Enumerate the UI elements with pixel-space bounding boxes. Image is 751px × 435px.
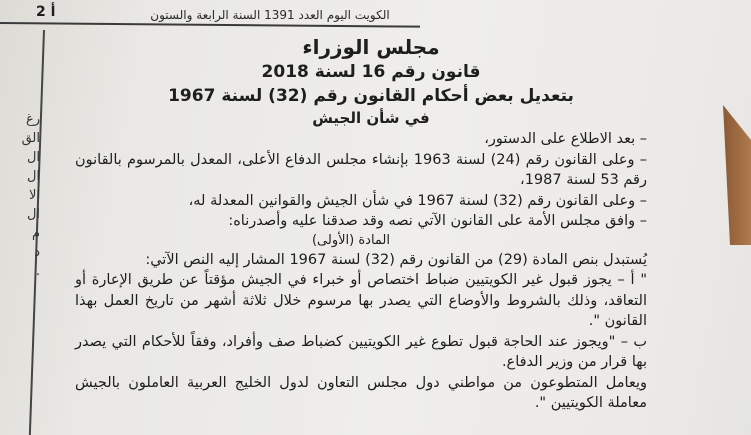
- newspaper-page: أ 2 الكويت اليوم العدد 1391 السنة الرابع…: [0, 0, 751, 435]
- preamble-item: – وعلى القانون رقم (24) لسنة 1963 بإنشاء…: [55, 150, 687, 191]
- fragment: م: [0, 224, 40, 243]
- fragment: الا: [0, 186, 40, 205]
- issuer-heading: مجلس الوزراء: [55, 34, 687, 60]
- law-article-column: مجلس الوزراء قانون رقم 16 لسنة 2018 بتعد…: [55, 30, 687, 414]
- law-title: قانون رقم 16 لسنة 2018: [55, 60, 687, 84]
- table-edge-background: [723, 105, 751, 245]
- article-paragraph: ب – "ويجوز عند الحاجة قبول تطوع غير الكو…: [55, 332, 687, 373]
- page-number: أ 2: [36, 4, 55, 20]
- article-paragraph: " أ – يجوز قبول غير الكويتيين ضباط اختصا…: [55, 270, 687, 332]
- preamble-item: – وعلى القانون رقم (32) لسنة 1967 في شأن…: [55, 191, 687, 212]
- preamble-item: – بعد الاطلاع على الدستور،: [55, 129, 687, 150]
- article-heading: المادة (الأولى): [55, 232, 687, 250]
- preamble-item: – وافق مجلس الأمة على القانون الآتي نصه …: [55, 211, 687, 232]
- law-subject-line2: في شأن الجيش: [55, 108, 687, 129]
- fragment: د: [0, 243, 40, 262]
- left-column-fragments: رغ الق ال ال الا ال م د .: [0, 110, 40, 281]
- header-rule: [0, 22, 420, 28]
- fragment: ال: [0, 148, 40, 167]
- publication-header: الكويت اليوم العدد 1391 السنة الرابعة وا…: [140, 8, 400, 22]
- law-subject-line1: بتعديل بعض أحكام القانون رقم (32) لسنة 1…: [55, 84, 687, 108]
- fragment: ال: [0, 205, 40, 224]
- fragment: الق: [0, 129, 40, 148]
- fragment: رغ: [0, 110, 40, 129]
- article-paragraph: يُستبدل بنص المادة (29) من القانون رقم (…: [55, 250, 687, 271]
- fragment: .: [0, 262, 40, 281]
- fragment: ال: [0, 167, 40, 186]
- article-paragraph: ويعامل المتطوعون من مواطني دول مجلس التع…: [55, 373, 687, 414]
